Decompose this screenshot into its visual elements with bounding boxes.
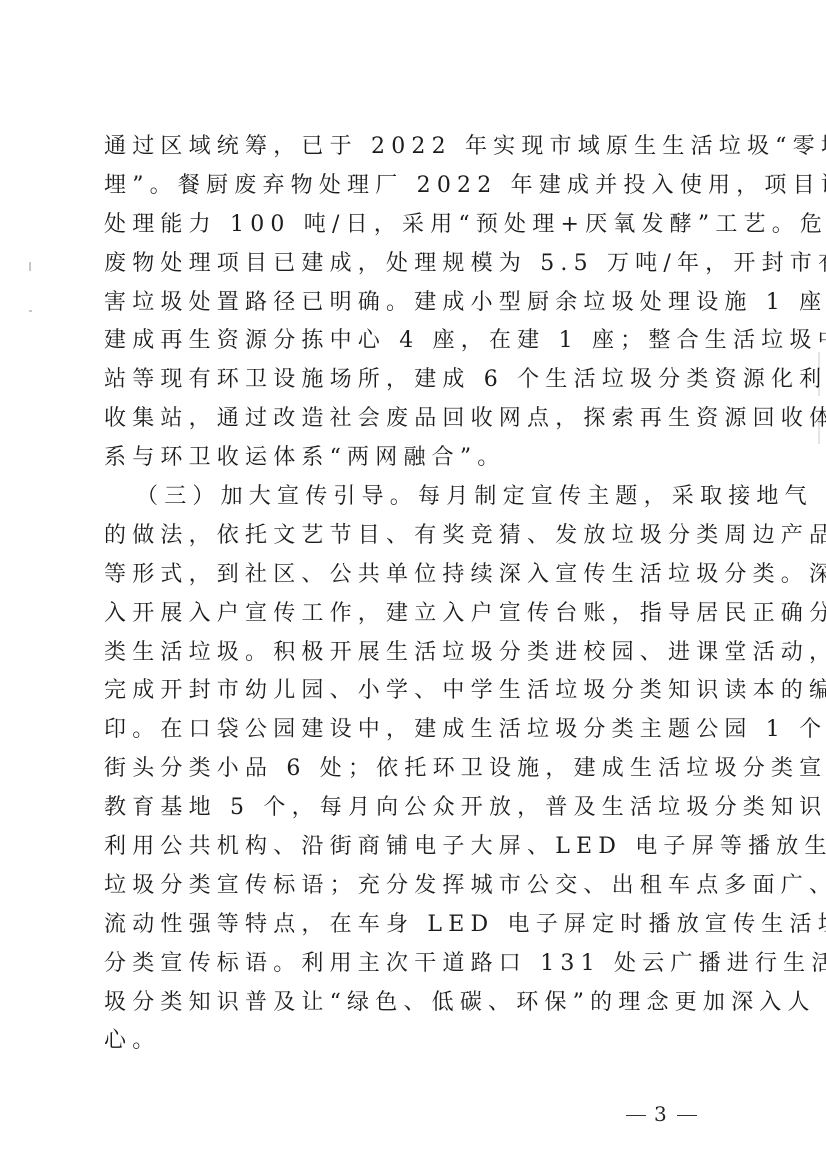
text-line: 收集站，通过改造社会废品回收网点，探索再生资源回收体 (104, 400, 680, 439)
text-line: 利用公共机构、沿街商铺电子大屏、LED 电子屏等播放生活 (104, 828, 680, 867)
text-line: 印。在口袋公园建设中，建成生活垃圾分类主题公园 1 个、 (104, 711, 680, 750)
scan-mark-left-2 (29, 310, 32, 312)
text-line: 站等现有环卫设施场所，建成 6 个生活垃圾分类资源化利用 (104, 361, 680, 400)
text-line: 的做法，依托文艺节目、有奖竞猜、发放垃圾分类周边产品 (104, 517, 680, 556)
text-line: 类生活垃圾。积极开展生活垃圾分类进校园、进课堂活动， (104, 634, 680, 673)
page-number-dash-right (677, 1115, 697, 1117)
text-line: 流动性强等特点，在车身 LED 电子屏定时播放宣传生活垃圾 (104, 906, 680, 945)
paragraph-waste-facilities: 通过区域统筹，已于 2022 年实现市域原生生活垃圾“零填 埋”。餐厨废弃物处理… (104, 128, 680, 478)
text-line: 街头分类小品 6 处；依托环卫设施，建成生活垃圾分类宣传 (104, 750, 680, 789)
page-number-dash-left (626, 1115, 646, 1117)
text-line: 心。 (104, 1022, 680, 1061)
text-line: 教育基地 5 个，每月向公众开放，普及生活垃圾分类知识。 (104, 789, 680, 828)
body-text: 通过区域统筹，已于 2022 年实现市域原生生活垃圾“零填 埋”。餐厨废弃物处理… (104, 128, 680, 1061)
document-page: 通过区域统筹，已于 2022 年实现市域原生生活垃圾“零填 埋”。餐厨废弃物处理… (0, 0, 826, 1169)
text-line: 害垃圾处置路径已明确。建成小型厨余垃圾处理设施 1 座； (104, 284, 680, 323)
text-line: 等形式，到社区、公共单位持续深入宣传生活垃圾分类。深 (104, 556, 680, 595)
page-number: 3 (618, 1102, 705, 1126)
text-line: 分类宣传标语。利用主次干道路口 131 处云广播进行生活垃 (104, 945, 680, 984)
text-line: 完成开封市幼儿园、小学、中学生活垃圾分类知识读本的编 (104, 672, 680, 711)
text-line: 废物处理项目已建成，处理规模为 5.5 万吨/年，开封市有 (104, 245, 680, 284)
section-heading-line: （三）加大宣传引导。每月制定宣传主题，采取接地气 (104, 478, 680, 517)
text-line: 入开展入户宣传工作，建立入户宣传台账，指导居民正确分 (104, 595, 680, 634)
page-number-value: 3 (654, 1102, 669, 1126)
text-line: 垃圾分类宣传标语；充分发挥城市公交、出租车点多面广、 (104, 867, 680, 906)
text-line: 埋”。餐厨废弃物处理厂 2022 年建成并投入使用，项目设计 (104, 167, 680, 206)
paragraph-publicity: （三）加大宣传引导。每月制定宣传主题，采取接地气 的做法，依托文艺节目、有奖竞猜… (104, 478, 680, 1061)
scan-mark-left-1 (29, 262, 31, 271)
text-line: 处理能力 100 吨/日，采用“预处理+厌氧发酵”工艺。危险 (104, 206, 680, 245)
text-line: 系与环卫收运体系“两网融合”。 (104, 439, 680, 478)
text-line: 圾分类知识普及让“绿色、低碳、环保”的理念更加深入人 (104, 984, 680, 1023)
text-line: 建成再生资源分拣中心 4 座，在建 1 座；整合生活垃圾中转 (104, 322, 680, 361)
text-line: 通过区域统筹，已于 2022 年实现市域原生生活垃圾“零填 (104, 128, 680, 167)
